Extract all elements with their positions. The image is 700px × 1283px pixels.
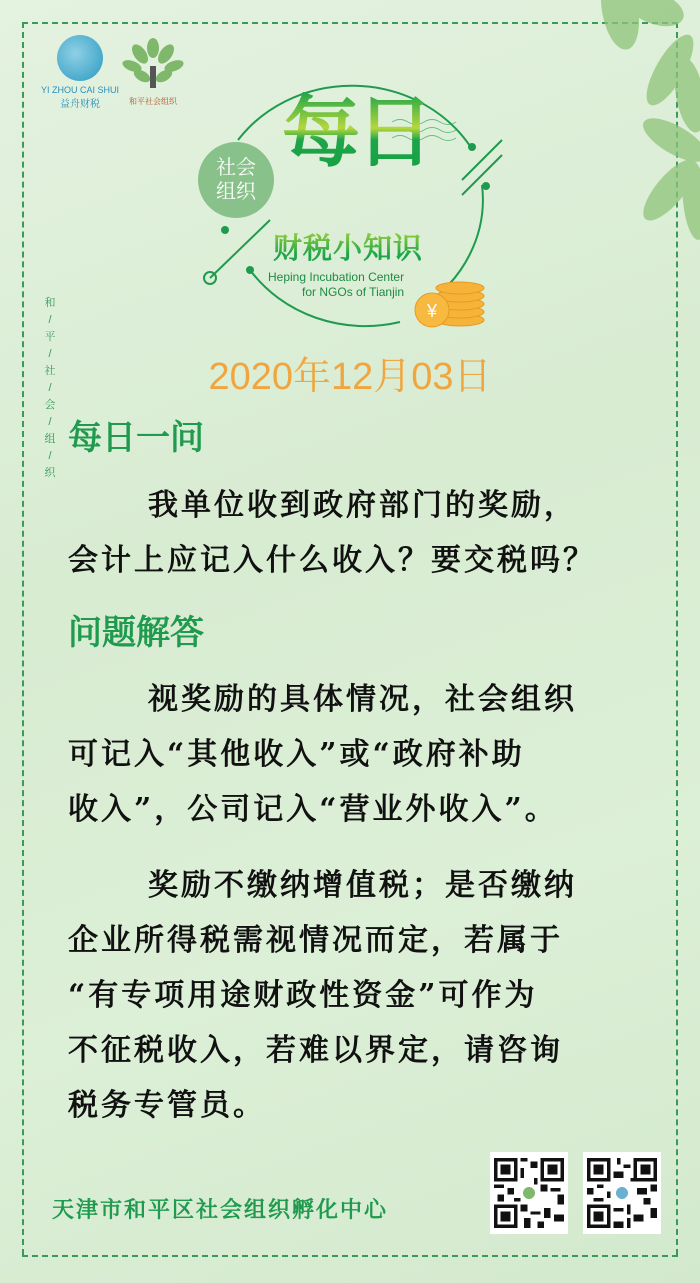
social-org-badge: 社会组织	[198, 142, 274, 218]
yizhou-logo-cn: 益舟财税	[40, 95, 120, 110]
sailboat-icon	[57, 35, 103, 81]
frame-border-bottom	[22, 1255, 678, 1257]
qr-code-heping[interactable]	[490, 1152, 568, 1234]
answer-paragraph-1: 视奖励的具体情况，社会组织 可记入“其他收入”或“政府补助 收入”，公司记入“营…	[68, 672, 668, 837]
badge-line1: 社会	[216, 156, 256, 180]
en-line2: for NGOs of Tianjin	[268, 285, 404, 300]
svg-text:¥: ¥	[426, 301, 438, 321]
date-label: 2020年12月03日	[0, 345, 700, 400]
emblem-en-title: Heping Incubation Center for NGOs of Tia…	[268, 270, 404, 300]
side-char: 和	[42, 295, 58, 312]
tree-icon	[120, 38, 186, 90]
badge-line2: 组织	[216, 180, 256, 204]
side-sep: /	[42, 448, 58, 465]
answer-paragraph-2: 奖励不缴纳增值税；是否缴纳 企业所得税需视情况而定，若属于 “有专项用途财政性资…	[68, 858, 668, 1133]
yizhou-logo-en: YI ZHOU CAI SHUI	[40, 85, 120, 95]
question-line: 会计上应记入什么收入？要交税吗？	[68, 533, 668, 588]
coins-icon: ¥	[410, 272, 490, 332]
side-char: 织	[42, 465, 58, 482]
qr-code-icon	[494, 1156, 564, 1230]
answer-line: 收入”，公司记入“营业外收入”。	[68, 782, 668, 837]
answer-line: 税务专管员。	[68, 1078, 668, 1133]
yizhou-logo: YI ZHOU CAI SHUI 益舟财税	[40, 35, 120, 110]
question-text: 我单位收到政府部门的奖励， 会计上应记入什么收入？要交税吗？	[68, 478, 668, 588]
en-line1: Heping Incubation Center	[268, 270, 404, 285]
answer-line: 视奖励的具体情况，社会组织	[68, 672, 668, 727]
qr-code-icon	[587, 1156, 657, 1230]
question-heading: 每日一问	[68, 410, 204, 459]
heping-logo: 和平社会组织	[118, 38, 188, 107]
answer-line: “有专项用途财政性资金”可作为	[68, 968, 668, 1023]
side-char: 组	[42, 431, 58, 448]
emblem-sub-title: 财税小知识	[273, 226, 423, 267]
leaves-decoration-icon	[560, 0, 700, 260]
answer-line: 不征税收入，若难以界定，请咨询	[68, 1023, 668, 1078]
heping-logo-cn: 和平社会组织	[118, 96, 188, 107]
question-line: 我单位收到政府部门的奖励，	[68, 478, 668, 533]
qr-code-yizhou[interactable]	[583, 1152, 661, 1234]
footer-org-name: 天津市和平区社会组织孵化中心	[52, 1193, 388, 1224]
answer-heading: 问题解答	[68, 605, 204, 654]
side-sep: /	[42, 414, 58, 431]
side-char: 平	[42, 329, 58, 346]
answer-line: 企业所得税需视情况而定，若属于	[68, 913, 668, 968]
emblem-big-title: 每日	[282, 92, 430, 172]
answer-line: 奖励不缴纳增值税；是否缴纳	[68, 858, 668, 913]
side-sep: /	[42, 312, 58, 329]
frame-border-left	[22, 22, 24, 1255]
answer-line: 可记入“其他收入”或“政府补助	[68, 727, 668, 782]
